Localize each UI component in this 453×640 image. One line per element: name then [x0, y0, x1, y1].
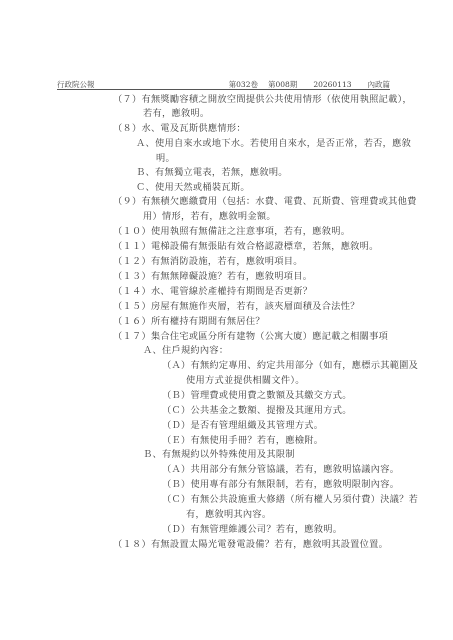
text-line: （１１）電梯設備有無張貼有效合格認證標章，若無，應敘明。	[113, 241, 379, 253]
text-line: 有，應敘明其內容。	[186, 509, 271, 521]
text-line: Ａ、住戶規約內容：	[143, 345, 228, 357]
document-page: 行政院公報 第032卷第008期20260113內政篇 （７）有無獎勵容積之開放…	[0, 0, 453, 640]
text-line: （１３）有無無障礙設施？若有，應敘明項目。	[113, 271, 312, 283]
text-line: （１０）使用執照有無備註之注意事項，若有，應敘明。	[113, 226, 350, 238]
volume-number: 第032卷	[229, 80, 258, 89]
text-line: （Ｄ）有無管理維護公司？若有，應敘明。	[162, 524, 342, 536]
text-line: （１７）集合住宅或區分所有建物（公寓大廈）應記載之相關事項	[113, 331, 388, 343]
text-line: 用）情形，若有，應敘明金額。	[143, 211, 276, 223]
text-line: （８）水、電及瓦斯供應情形：	[113, 123, 246, 135]
text-line: （Ａ）共用部分有無分管協議，若有，應敘明協議內容。	[162, 464, 399, 476]
page-header: 行政院公報 第032卷第008期20260113內政篇	[57, 77, 390, 90]
text-line: （１５）房屋有無施作夾層，若有，該夾層面積及合法性？	[113, 301, 360, 313]
text-line: （Ｂ）管理費或使用費之數額及其繳交方式。	[162, 390, 352, 402]
text-line: Ａ、使用自來水或地下水。若使用自來水，是否正常，若否，應敘	[136, 138, 411, 150]
section-name: 內政篇	[368, 80, 391, 89]
text-line: （Ｃ）有無公共設施重大修繕（所有權人另須付費）決議？若	[162, 494, 418, 506]
text-line: （Ａ）有無約定專用、約定共用部分（如有，應標示其範圍及	[162, 360, 418, 372]
text-line: Ｂ、有無獨立電表，若無，應敘明。	[136, 167, 288, 179]
text-line: （１８）有無設置太陽光電發電設備？若有，應敘明其設置位置。	[113, 539, 388, 551]
issue-info: 第032卷第008期20260113內政篇	[219, 79, 390, 90]
text-line: （９）有無積欠應繳費用（包括：水費、電費、瓦斯費、管理費或其他費	[113, 196, 417, 208]
publication-name: 行政院公報	[57, 79, 95, 90]
text-line: Ｃ、使用天然或桶裝瓦斯。	[136, 182, 250, 194]
text-line: （１４）水、電管線於產權持有期間是否更新？	[113, 286, 312, 298]
text-line: 使用方式並提供相關文件）。	[186, 375, 305, 387]
text-line: （７）有無獎勵容積之開放空間提供公共使用情形（依使用執照記載），	[113, 94, 412, 106]
text-line: （Ｄ）是否有管理組織及其管理方式。	[162, 420, 323, 432]
text-line: 明。	[156, 153, 175, 165]
text-line: 若有，應敘明。	[143, 108, 209, 120]
text-line: （Ｅ）有無使用手冊？若有，應檢附。	[162, 435, 323, 447]
text-line: （Ｃ）公共基金之數額、提撥及其運用方式。	[162, 405, 352, 417]
text-line: （１２）有無消防設施，若有，應敘明項目。	[113, 256, 303, 268]
text-line: Ｂ、有無規約以外特殊使用及其限制	[143, 449, 295, 461]
text-line: （Ｂ）使用專有部分有無限制，若有，應敘明限制內容。	[162, 479, 399, 491]
text-line: （１６）所有權持有期間有無居住？	[113, 316, 265, 328]
issue-number: 第008期	[268, 80, 297, 89]
publication-date: 20260113	[313, 80, 351, 89]
